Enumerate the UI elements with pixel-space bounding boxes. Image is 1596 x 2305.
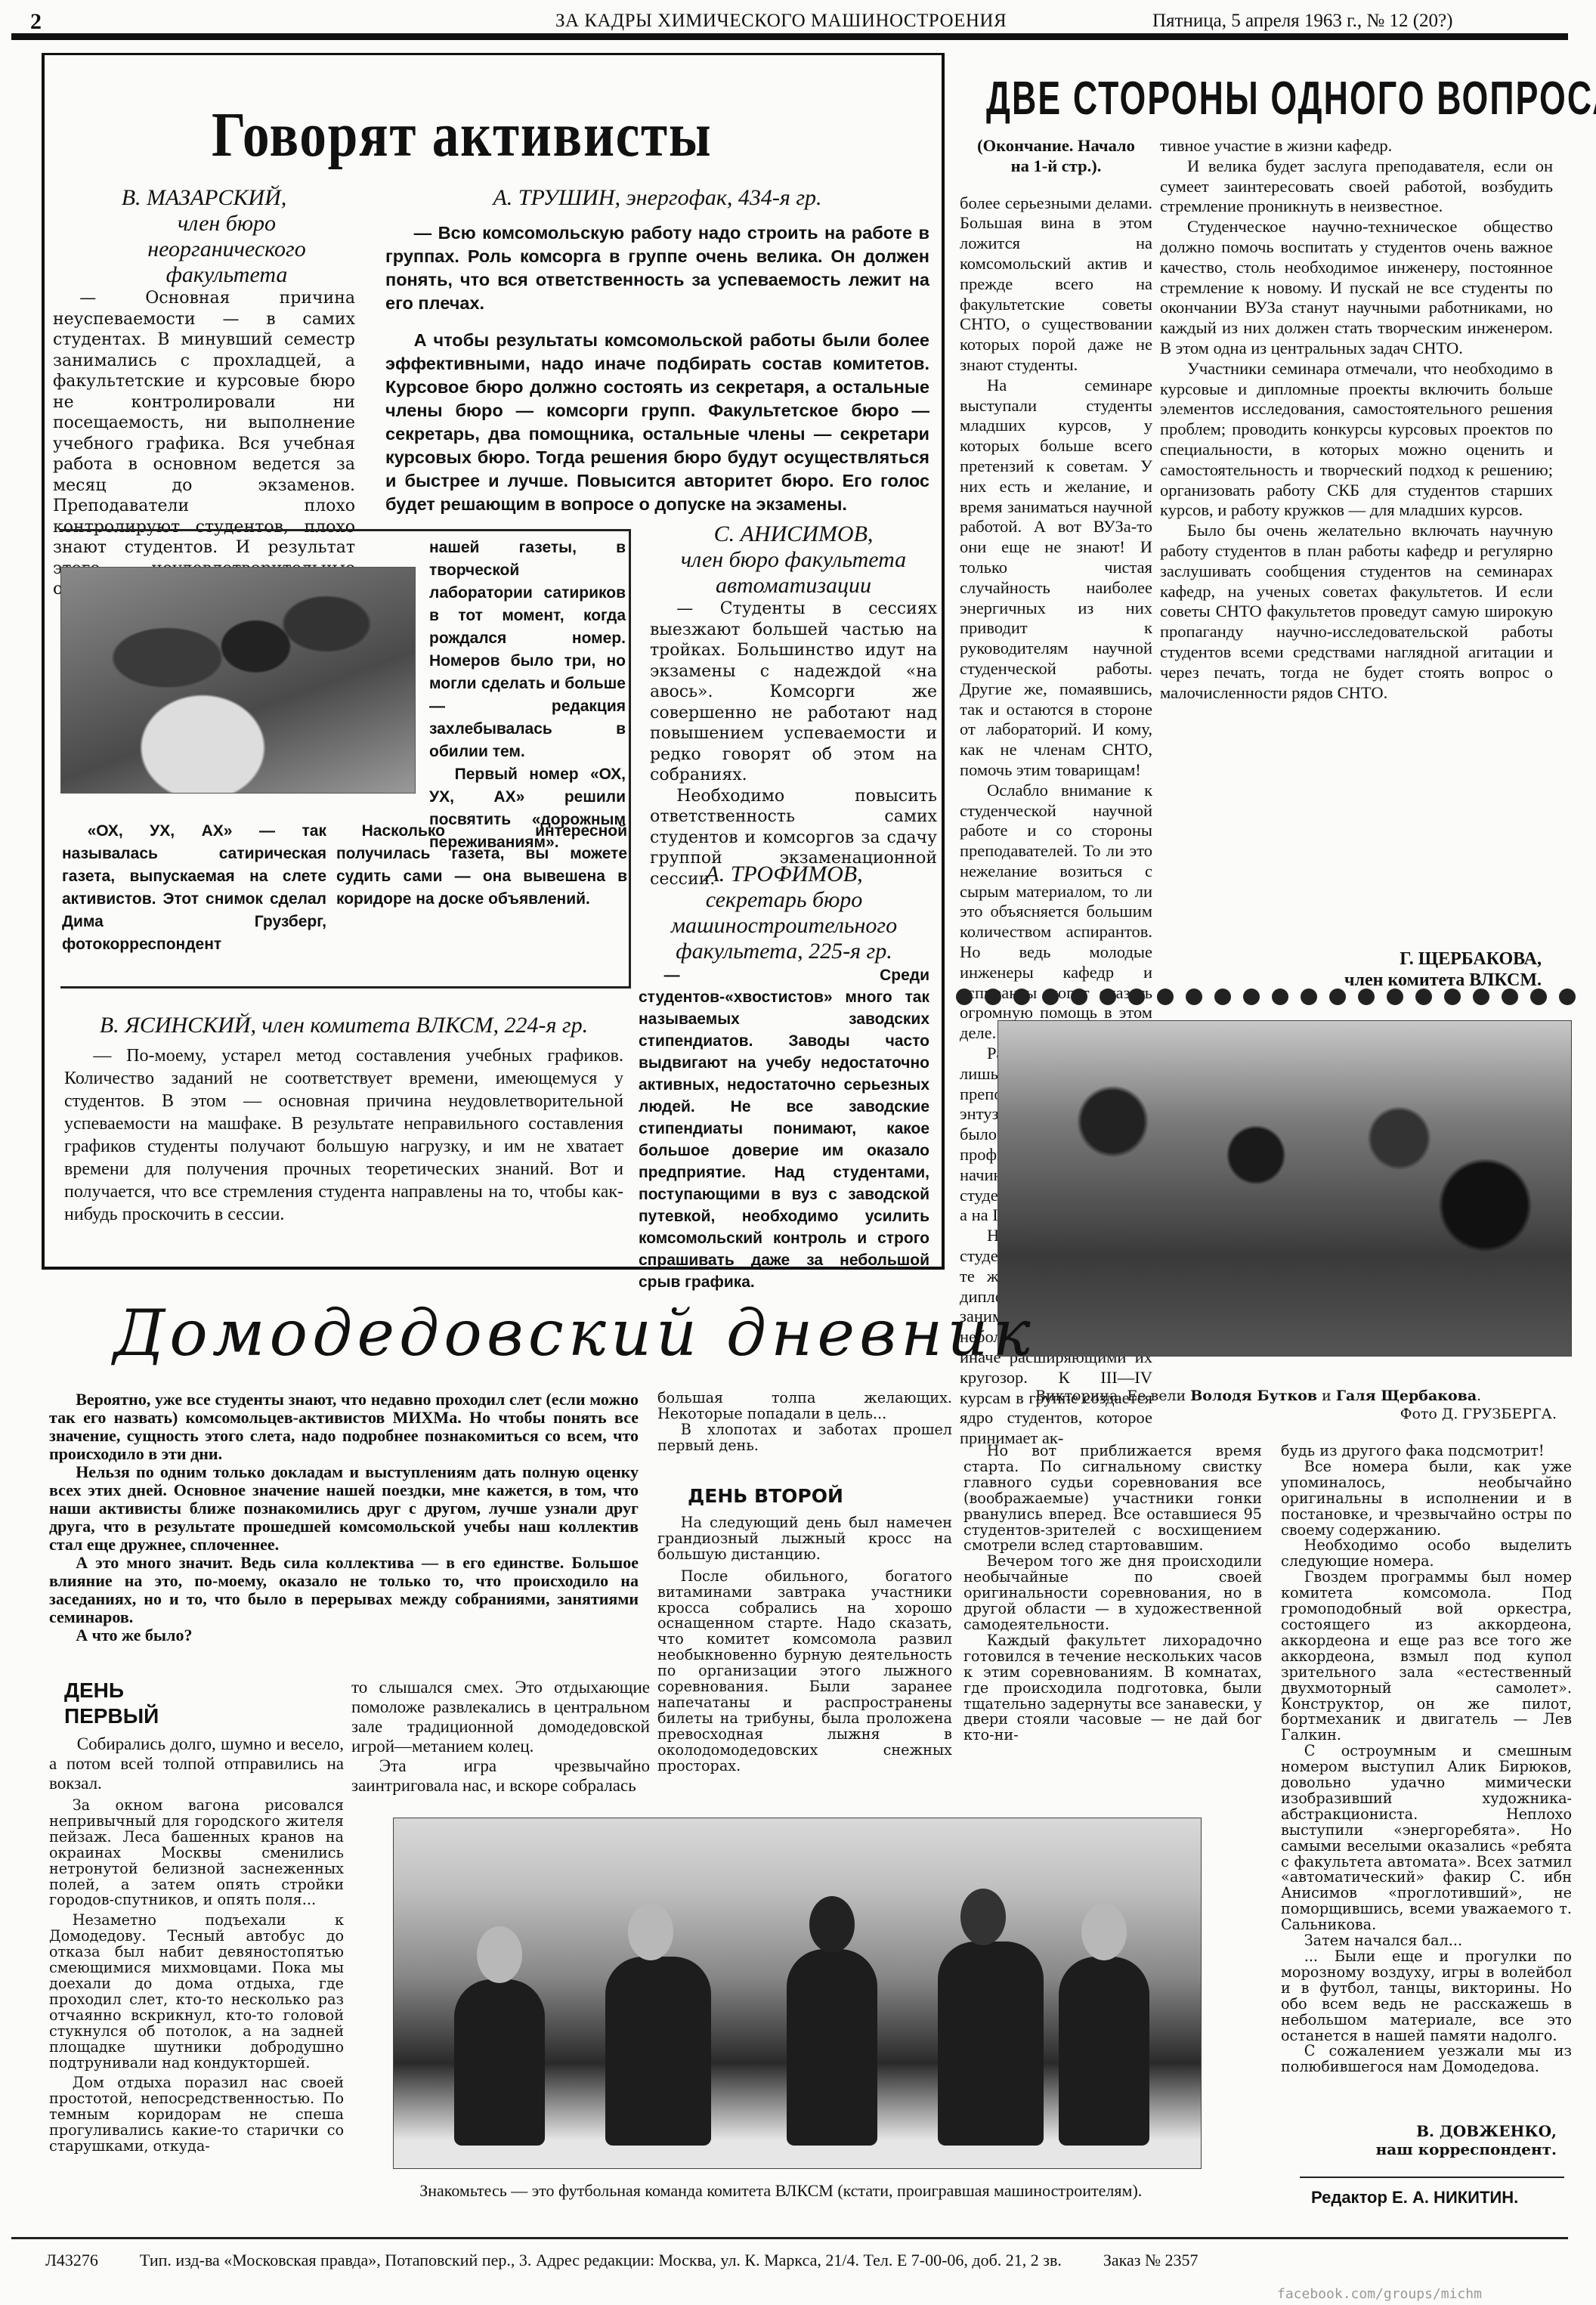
caption-name: Володя Бутков — [1190, 1388, 1317, 1404]
article-paragraph: Участники семинара отмечали, что необход… — [1160, 359, 1553, 521]
article-yasinsky: В. ЯСИНСКИЙ, член комитета ВЛКСМ, 224-я … — [64, 1013, 623, 1226]
header-rule — [11, 33, 1568, 40]
caption-text: Викторина. Ее вели — [1035, 1388, 1190, 1404]
signature-name: В. ДОВЖЕНКО, — [1360, 2122, 1557, 2140]
byline: А. ТРУШИН, энергофак, 434-я гр. — [385, 185, 929, 211]
two-sides-headline: ДВЕ СТОРОНЫ ОДНОГО ВОПРОСА — [986, 72, 1596, 125]
article-paragraph: Нельзя по одним только докладам и выступ… — [49, 1463, 639, 1554]
article-paragraph: Насколько интересной получилась газета, … — [336, 820, 627, 911]
watermark: facebook.com/groups/michm — [1277, 2286, 1482, 2302]
continuation-note: (Окончание. Начало на 1-й стр.). — [975, 136, 1137, 177]
article-paragraph: Студенческое научно-техническое общество… — [1160, 217, 1553, 359]
article-paragraph: тивное участие в жизни кафедр. — [1160, 136, 1553, 156]
order-number: Заказ № 2357 — [1103, 2251, 1199, 2270]
signature-role: член комитета ВЛКСМ. — [1202, 970, 1542, 991]
article-paragraph: — Всю комсомольскую работу надо строить … — [385, 221, 929, 315]
article-paragraph: Все номера были, как уже упоминалось, не… — [1281, 1459, 1572, 1539]
signature-role: наш корреспондент. — [1360, 2140, 1557, 2158]
caption-text: и — [1317, 1388, 1336, 1404]
diary-column-e: будь из другого фака подсмотрит! Все ном… — [1281, 1443, 1572, 2075]
diary-column-c: На следующий день был намечен грандиозны… — [657, 1515, 952, 1774]
article-paragraph: А что же было? — [49, 1626, 639, 1644]
issue-date: Пятница, 5 апреля 1963 г., № 12 (20?) — [1152, 11, 1452, 32]
article-paragraph: Гвоздем программы был номер комитета ком… — [1281, 1570, 1572, 1743]
article-paragraph: Собирались долго, шумно и весело, а пото… — [49, 1734, 344, 1793]
diary-column-d: Но вот приближается время старта. По сиг… — [963, 1443, 1262, 1743]
day-two-heading: ДЕНЬ ВТОРОЙ — [688, 1485, 843, 1507]
article-paragraph: Эта игра чрезвычайно заинтриговала нас, … — [351, 1756, 650, 1796]
byline-role: член бюро факультета автоматизации — [650, 547, 937, 599]
photo-satirical-newspaper — [60, 567, 416, 794]
article-paragraph: В хлопотах и заботах прошел первый день. — [657, 1422, 952, 1454]
imprint: Тип. изд-ва «Московская правда», Потапов… — [140, 2251, 1062, 2270]
divider — [1300, 2177, 1564, 2178]
article-paragraph: Вероятно, уже все студенты знают, что не… — [49, 1391, 639, 1463]
day-one-heading: ДЕНЬ ПЕРВЫЙ — [64, 1678, 159, 1729]
byline: В. ЯСИНСКИЙ, член комитета ВЛКСМ, 224-я … — [64, 1013, 623, 1038]
article-paragraph: За окном вагона рисовался непривычный дл… — [49, 1798, 344, 1908]
page-number: 2 — [30, 9, 42, 35]
article-paragraph: На следующий день был намечен грандиозны… — [657, 1515, 952, 1563]
dot-divider — [956, 989, 1576, 1011]
article-paragraph: Дом отдыха поразил нас своей простотой, … — [49, 2075, 344, 2155]
photo-caption: «ОХ, УХ, АХ» — так называлась сатирическ… — [62, 820, 326, 956]
article-paragraph: На семинаре выступали студенты младших к… — [960, 376, 1152, 781]
article-paragraph: И велика будет заслуга преподавателя, ес… — [1160, 156, 1553, 217]
diary-column-a: Собирались долго, шумно и весело, а пото… — [49, 1734, 344, 2155]
two-sides-column-2: тивное участие в жизни кафедр. И велика … — [1160, 136, 1553, 703]
diary-headline: Домодедовский дневник — [113, 1296, 1035, 1370]
caption-text: «ОХ, УХ, АХ» — так называлась сатирическ… — [62, 820, 326, 956]
photo-quiz — [998, 1020, 1572, 1357]
byline-name: В. МАЗАРСКИЙ, — [53, 185, 355, 211]
byline-role: член бюро неорганического факультета — [53, 211, 355, 288]
diary-intro: Вероятно, уже все студенты знают, что не… — [49, 1391, 639, 1644]
article-paragraph: более серьезными делами. Большая вина в … — [960, 193, 1152, 376]
article-anisimov: С. АНИСИМОВ, член бюро факультета автома… — [650, 521, 937, 890]
article-paragraph: большая толпа желающих. Некоторые попада… — [657, 1391, 952, 1422]
article-paragraph: А это много значит. Ведь сила коллектива… — [49, 1554, 639, 1626]
article-paragraph: Вечером того же дня происходили необычай… — [963, 1554, 1262, 1633]
caption-name: Галя Щербакова — [1336, 1388, 1477, 1404]
article-text: — Основная причина неуспеваемости — в са… — [53, 288, 355, 600]
article-paragraph: Но вот приближается время старта. По сиг… — [963, 1443, 1262, 1554]
signature-shcherbakova: Г. ЩЕРБАКОВА, член комитета ВЛКСМ. — [1202, 948, 1542, 991]
heading-line: ДЕНЬ — [64, 1678, 159, 1703]
photo-quiz-caption: Викторина. Ее вели Володя Бутков и Галя … — [1035, 1387, 1564, 1423]
article-mazarsky: В. МАЗАРСКИЙ, член бюро неорганического … — [53, 185, 355, 600]
article-paragraph: будь из другого фака подсмотрит! — [1281, 1443, 1572, 1459]
byline-name: А. ТРОФИМОВ, — [639, 862, 929, 887]
imprint-line: Л43276 Тип. изд-ва «Московская правда», … — [45, 2251, 1557, 2270]
article-paragraph: Затем начался бал... — [1281, 1933, 1572, 1949]
article-paragraph: — Студенты в сессиях выезжают большей ча… — [650, 599, 937, 786]
diary-column-c-top: большая толпа желающих. Некоторые попада… — [657, 1391, 952, 1454]
article-text: — По-моему, устарел метод составления уч… — [64, 1044, 623, 1226]
caption-text: . — [1477, 1388, 1481, 1404]
article-trofimov: А. ТРОФИМОВ, секретарь бюро машиностроит… — [639, 862, 929, 1293]
article-paragraph: Незаметно подъехали к Домодедову. Тесный… — [49, 1913, 344, 2071]
divider — [629, 529, 631, 986]
article-paragraph: После обильного, богатого витаминами зав… — [657, 1569, 952, 1774]
newspaper-title: ЗА КАДРЫ ХИМИЧЕСКОГО МАШИНОСТРОЕНИЯ — [555, 11, 1007, 32]
article-paragraph: Каждый факультет лихорадочно готовился в… — [963, 1633, 1262, 1743]
article-text: — Среди студентов-«хвостистов» много так… — [639, 964, 929, 1293]
article-paragraph: Необходимо особо выделить следующие номе… — [1281, 1538, 1572, 1570]
article-paragraph: А чтобы результаты комсомольской работы … — [385, 329, 929, 516]
editor-credit: Редактор Е. А. НИКИТИН. — [1311, 2188, 1518, 2208]
ox-text: нашей газеты, в творческой лаборатории с… — [429, 537, 626, 854]
ox-text-bottom: Насколько интересной получилась газета, … — [336, 820, 627, 911]
article-paragraph: нашей газеты, в творческой лаборатории с… — [429, 537, 626, 763]
photo-football-team — [393, 1818, 1202, 2169]
divider — [60, 986, 631, 989]
photo-credit: Фото Д. ГРУЗБЕРГА. — [1035, 1405, 1564, 1423]
article-paragraph: С остроумным и смешным номером выступил … — [1281, 1743, 1572, 1933]
byline-role: секретарь бюро машиностроительного факул… — [639, 887, 929, 964]
photo-football-caption: Знакомьтесь — это футбольная команда ком… — [393, 2181, 1202, 2201]
footer-rule — [11, 2237, 1568, 2239]
diary-column-b: то слышался смех. Это отдыхающие помолож… — [351, 1678, 650, 1796]
article-paragraph: Было бы очень желательно включать научну… — [1160, 521, 1553, 703]
heading-line: ПЕРВЫЙ — [64, 1703, 159, 1729]
divider — [60, 529, 631, 531]
signature-name: Г. ЩЕРБАКОВА, — [1202, 948, 1542, 970]
byline-name: С. АНИСИМОВ, — [650, 521, 937, 547]
article-paragraph: ... Были еще и прогулки по морозному воз… — [1281, 1949, 1572, 2044]
article-paragraph: то слышался смех. Это отдыхающие помолож… — [351, 1678, 650, 1756]
print-code: Л43276 — [45, 2251, 98, 2270]
activists-headline: Говорят активисты — [212, 98, 712, 172]
article-paragraph: С сожалением уезжали мы из полюбившегося… — [1281, 2044, 1572, 2075]
signature-dovzhenko: В. ДОВЖЕНКО, наш корреспондент. — [1360, 2122, 1557, 2158]
article-trushin: А. ТРУШИН, энергофак, 434-я гр. — Всю ко… — [385, 185, 929, 530]
